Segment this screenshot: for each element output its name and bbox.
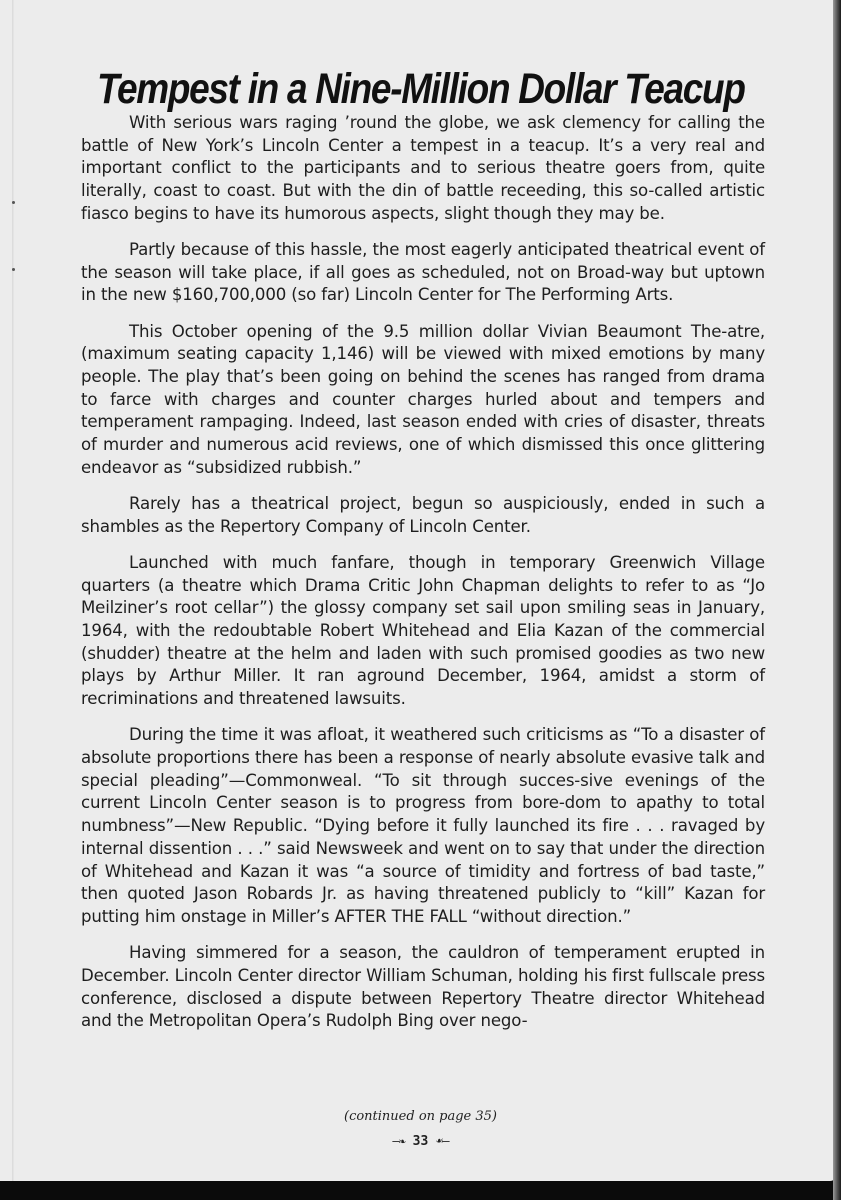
ornament-right-icon: ☙— [436, 1134, 448, 1148]
paragraph-4: Rarely has a theatrical project, begun s… [81, 493, 765, 538]
ornament-left-icon: —❧ [392, 1134, 404, 1148]
print-speck [12, 201, 15, 204]
paragraph-2: Partly because of this hassle, the most … [81, 239, 765, 307]
page-edge-shadow [833, 0, 841, 1200]
page-number-block: —❧ 33 ☙— [0, 1134, 836, 1149]
article-title: Tempest in a Nine-Million Dollar Teacup [59, 65, 782, 114]
article-body: With serious wars raging ’round the glob… [81, 112, 765, 1047]
magazine-page: Tempest in a Nine-Million Dollar Teacup … [0, 0, 836, 1181]
page-number: 33 [413, 1134, 429, 1149]
continued-note: (continued on page 35) [0, 1109, 836, 1124]
print-speck [12, 268, 15, 271]
paragraph-3: This October opening of the 9.5 million … [81, 321, 765, 480]
paragraph-7: Having simmered for a season, the cauldr… [81, 942, 765, 1033]
paragraph-5: Launched with much fanfare, though in te… [81, 552, 765, 711]
paragraph-1: With serious wars raging ’round the glob… [81, 112, 765, 226]
paragraph-6: During the time it was afloat, it weathe… [81, 724, 765, 928]
